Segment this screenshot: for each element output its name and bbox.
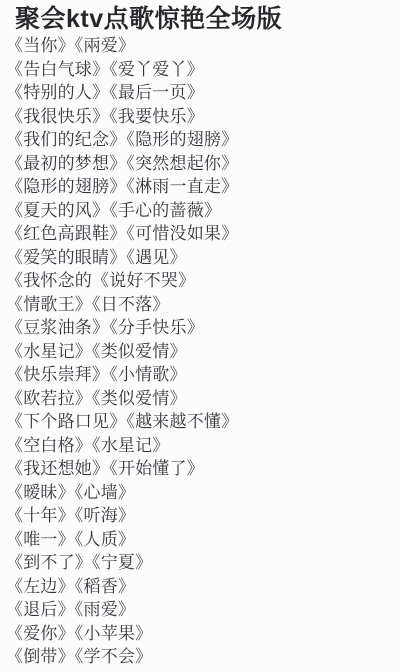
song-line: 《到不了》《宁夏》 — [6, 551, 400, 575]
song-line: 《退后》《雨爱》 — [6, 598, 400, 622]
song-line: 《暧昧》《心墙》 — [6, 481, 400, 505]
song-line: 《十年》《听海》 — [6, 504, 400, 528]
song-line: 《唯一》《人质》 — [6, 528, 400, 552]
song-line: 《当你》《兩爱》 — [6, 34, 400, 58]
song-line: 《夏天的风》《手心的蔷薇》 — [6, 199, 400, 223]
song-line: 《倒带》《学不会》 — [6, 645, 400, 669]
song-line: 《爱你》《小苹果》 — [6, 622, 400, 646]
song-line: 《爱笑的眼睛》《遇见》 — [6, 246, 400, 270]
song-line: 《隐形的翅膀》《淋雨一直走》 — [6, 175, 400, 199]
song-line: 《红色高跟鞋》《可惜没如果》 — [6, 222, 400, 246]
song-line: 《空白格》《水星记》 — [6, 434, 400, 458]
song-line: 《最初的梦想》《突然想起你》 — [6, 152, 400, 176]
song-list: 《当你》《兩爱》《告白气球》《爱丫爱丫》《特别的人》《最后一页》《我很快乐》《我… — [0, 34, 400, 669]
song-line: 《下个路口见》《越来越不懂》 — [6, 410, 400, 434]
song-line: 《告白气球》《爱丫爱丫》 — [6, 58, 400, 82]
song-line: 《我很快乐》《我要快乐》 — [6, 105, 400, 129]
song-line: 《特别的人》《最后一页》 — [6, 81, 400, 105]
song-line: 《水星记》《类似爱情》 — [6, 340, 400, 364]
song-line: 《情歌王》《日不落》 — [6, 293, 400, 317]
song-line: 《左边》《稻香》 — [6, 575, 400, 599]
page-title: 聚会ktv点歌惊艳全场版 — [0, 0, 400, 33]
song-line: 《我们的纪念》《隐形的翅膀》 — [6, 128, 400, 152]
song-list-page: 聚会ktv点歌惊艳全场版 《当你》《兩爱》《告白气球》《爱丫爱丫》《特别的人》《… — [0, 0, 400, 672]
song-line: 《豆浆油条》《分手快乐》 — [6, 316, 400, 340]
song-line: 《欧若拉》《类似爱情》 — [6, 387, 400, 411]
song-line: 《我还想她》《开始懂了》 — [6, 457, 400, 481]
song-line: 《我怀念的《说好不哭》 — [6, 269, 400, 293]
song-line: 《快乐崇拜》《小情歌》 — [6, 363, 400, 387]
